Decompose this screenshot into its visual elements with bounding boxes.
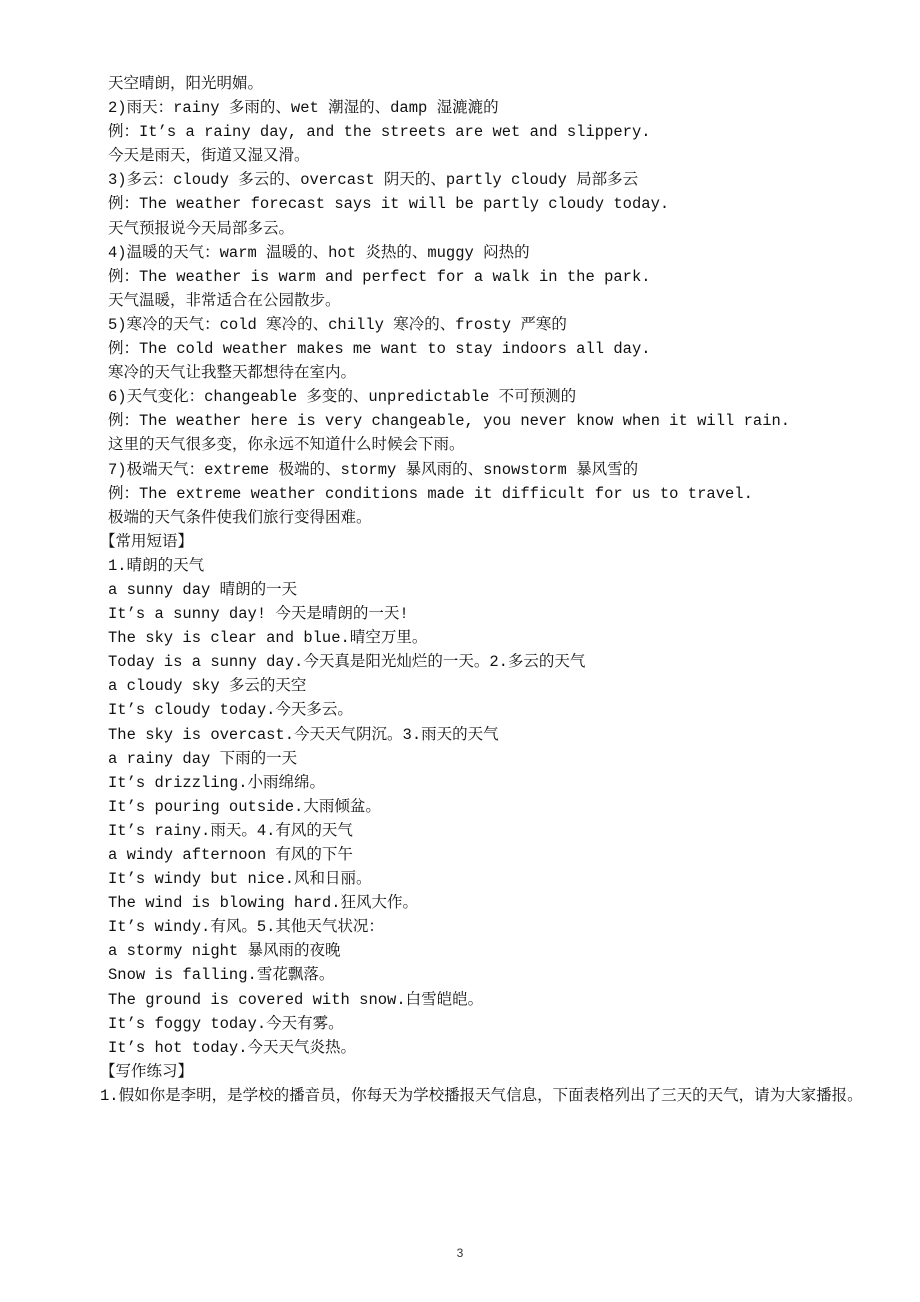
document-page: 天空晴朗，阳光明媚。 2)雨天：rainy 多雨的、wet 潮湿的、damp 湿… <box>0 0 920 1302</box>
translation-line: 极端的天气条件使我们旅行变得困难。 <box>108 506 853 530</box>
phrase-line: a stormy night 暴风雨的夜晚 <box>108 939 853 963</box>
phrase-line: It’s pouring outside.大雨倾盆。 <box>108 795 853 819</box>
example-sentence: 例：The cold weather makes me want to stay… <box>108 337 853 361</box>
translation-line: 今天是雨天，街道又湿又滑。 <box>108 144 853 168</box>
vocab-rainy-heading: 2)雨天：rainy 多雨的、wet 潮湿的、damp 湿漉漉的 <box>108 96 853 120</box>
phrase-line: It’s windy.有风。5.其他天气状况： <box>108 915 853 939</box>
example-sentence: 例：The weather here is very changeable, y… <box>108 409 853 433</box>
phrase-subheading: 1.晴朗的天气 <box>108 554 853 578</box>
phrase-line: Snow is falling.雪花飘落。 <box>108 963 853 987</box>
translation-line: 天气预报说今天局部多云。 <box>108 217 853 241</box>
phrase-line: It’s hot today.今天天气炎热。 <box>108 1036 853 1060</box>
page-number: 3 <box>0 1246 920 1260</box>
phrase-line: It’s a sunny day! 今天是晴朗的一天! <box>108 602 853 626</box>
vocab-changeable-heading: 6)天气变化：changeable 多变的、unpredictable 不可预测… <box>108 385 853 409</box>
phrase-line: The sky is overcast.今天天气阴沉。3.雨天的天气 <box>108 723 853 747</box>
section-heading-phrases: 【常用短语】 <box>100 530 853 554</box>
writing-task-paragraph: 1.假如你是李明，是学校的播音员，你每天为学校播报天气信息，下面表格列出了三天的… <box>100 1084 875 1108</box>
phrase-line: It’s drizzling.小雨绵绵。 <box>108 771 853 795</box>
vocab-warm-heading: 4)温暖的天气：warm 温暖的、hot 炎热的、muggy 闷热的 <box>108 241 853 265</box>
phrase-line: a sunny day 晴朗的一天 <box>108 578 853 602</box>
phrase-line: It’s foggy today.今天有雾。 <box>108 1012 853 1036</box>
phrase-line: Today is a sunny day.今天真是阳光灿烂的一天。2.多云的天气 <box>108 650 853 674</box>
phrase-line: It’s windy but nice.风和日丽。 <box>108 867 853 891</box>
vocab-cold-heading: 5)寒冷的天气：cold 寒冷的、chilly 寒冷的、frosty 严寒的 <box>108 313 853 337</box>
example-sentence: 例：The extreme weather conditions made it… <box>108 482 853 506</box>
translation-line: 寒冷的天气让我整天都想待在室内。 <box>108 361 853 385</box>
phrase-line: a cloudy sky 多云的天空 <box>108 674 853 698</box>
example-sentence: 例：The weather is warm and perfect for a … <box>108 265 853 289</box>
phrase-line: The sky is clear and blue.晴空万里。 <box>108 626 853 650</box>
phrase-line: The ground is covered with snow.白雪皑皑。 <box>108 988 853 1012</box>
text-line: 天空晴朗，阳光明媚。 <box>108 72 853 96</box>
translation-line: 天气温暖，非常适合在公园散步。 <box>108 289 853 313</box>
example-sentence: 例：It’s a rainy day, and the streets are … <box>108 120 853 144</box>
phrase-line: The wind is blowing hard.狂风大作。 <box>108 891 853 915</box>
phrase-line: a rainy day 下雨的一天 <box>108 747 853 771</box>
document-content: 天空晴朗，阳光明媚。 2)雨天：rainy 多雨的、wet 潮湿的、damp 湿… <box>108 72 853 1108</box>
vocab-cloudy-heading: 3)多云：cloudy 多云的、overcast 阴天的、partly clou… <box>108 168 853 192</box>
phrase-line: a windy afternoon 有风的下午 <box>108 843 853 867</box>
phrase-line: It’s cloudy today.今天多云。 <box>108 698 853 722</box>
vocab-extreme-heading: 7)极端天气：extreme 极端的、stormy 暴风雨的、snowstorm… <box>108 458 853 482</box>
section-heading-writing: 【写作练习】 <box>100 1060 853 1084</box>
example-sentence: 例：The weather forecast says it will be p… <box>108 192 853 216</box>
translation-line: 这里的天气很多变，你永远不知道什么时候会下雨。 <box>108 433 853 457</box>
phrase-line: It’s rainy.雨天。4.有风的天气 <box>108 819 853 843</box>
